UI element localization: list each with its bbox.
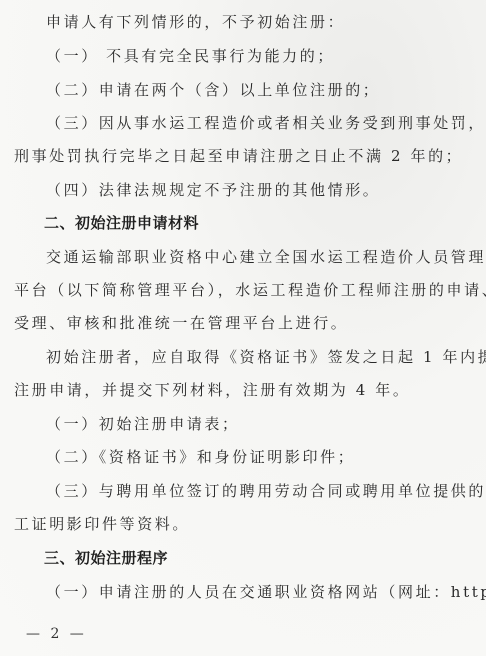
paragraph-intro: 申请人有下列情形的，不予初始注册： bbox=[46, 12, 345, 32]
list-item-4: （四）法律法规规定不予注册的其他情形。 bbox=[46, 180, 380, 200]
materials-item-1: （一）初始注册申请表； bbox=[46, 414, 240, 434]
list-item-2: （二）申请在两个（含）以上单位注册的； bbox=[46, 80, 380, 100]
list-item-3: （三）因从事水运工程造价或者相关业务受到刑事处罚，自 bbox=[46, 113, 486, 133]
materials-item-3-continued: 工证明影印件等资料。 bbox=[14, 514, 190, 534]
paragraph-initial-registration: 初始注册者，应自取得《资格证书》签发之日起 1 年内提出 bbox=[46, 347, 486, 367]
section-heading-procedure: 三、初始注册程序 bbox=[44, 548, 168, 568]
materials-item-3: （三）与聘用单位签订的聘用劳动合同或聘用单位提供的用 bbox=[46, 481, 486, 501]
page-number: — 2 — bbox=[26, 626, 87, 642]
list-item-3-continued: 刑事处罚执行完毕之日起至申请注册之日止不满 2 年的； bbox=[14, 146, 463, 166]
section-heading-materials: 二、初始注册申请材料 bbox=[44, 213, 199, 233]
paragraph-platform-line2: 平台（以下简称管理平台），水运工程造价工程师注册的申请、 bbox=[14, 280, 486, 300]
list-item-1: （一） 不具有完全民事行为能力的； bbox=[46, 46, 335, 66]
document-page: 申请人有下列情形的，不予初始注册： （一） 不具有完全民事行为能力的； （二）申… bbox=[0, 0, 486, 656]
procedure-item-1: （一）申请注册的人员在交通职业资格网站（网址：http: bbox=[46, 582, 486, 602]
paragraph-platform-line3: 受理、审核和批准统一在管理平台上进行。 bbox=[14, 313, 348, 333]
paragraph-platform: 交通运输部职业资格中心建立全国水运工程造价人员管理 bbox=[46, 247, 486, 267]
paragraph-initial-registration-line2: 注册申请，并提交下列材料，注册有效期为 4 年。 bbox=[14, 380, 410, 400]
materials-item-2: （二）《资格证书》和身份证明影印件； bbox=[46, 447, 355, 467]
